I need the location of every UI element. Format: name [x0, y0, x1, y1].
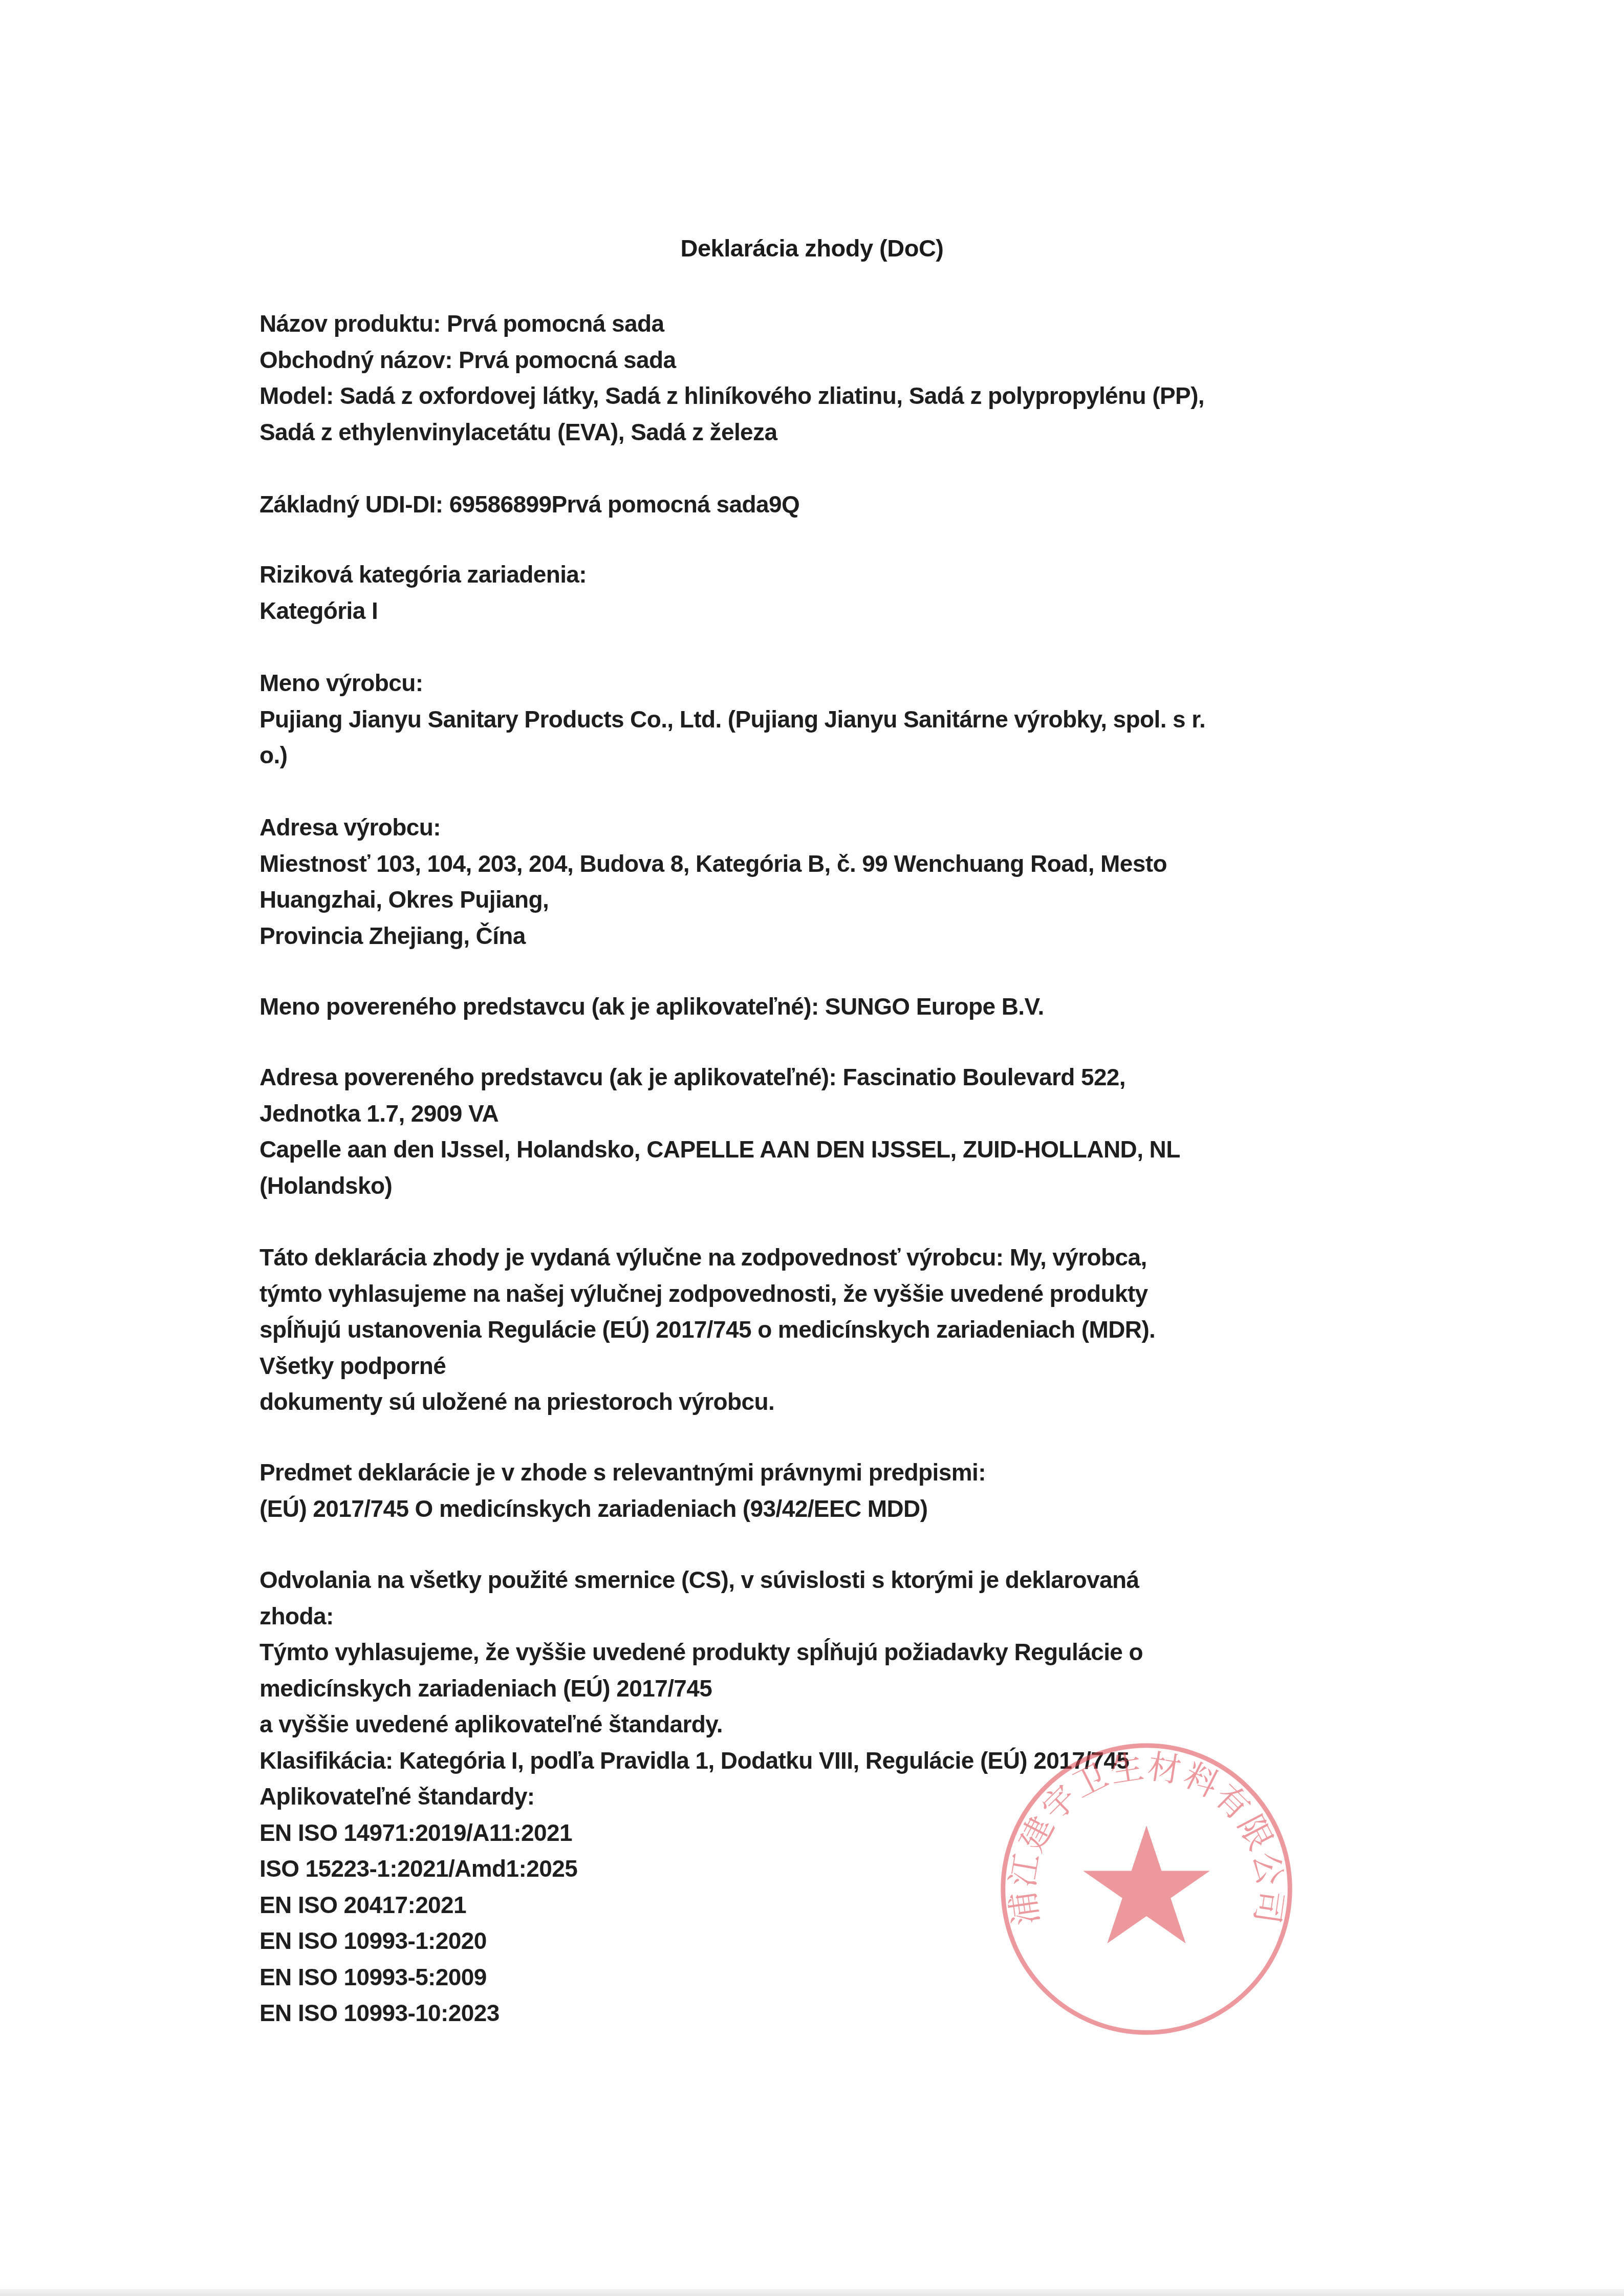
document-title: Deklarácia zhody (DoC): [0, 233, 1624, 264]
legislation-line-2: (EÚ) 2017/745 O medicínskych zariadeniac…: [259, 1491, 1385, 1527]
references-line-1: Odvolania na všetky použité smernice (CS…: [259, 1562, 1385, 1598]
scan-edge: [0, 2289, 1624, 2296]
representative-address-2: Jednotka 1.7, 2909 VA: [259, 1096, 1385, 1132]
representative-address-3: Capelle aan den IJssel, Holandsko, CAPEL…: [259, 1131, 1385, 1168]
model-line-2: Sadá z ethylenvinylacetátu (EVA), Sadá z…: [259, 414, 1385, 450]
product-name: Názov produktu: Prvá pomocná sada: [259, 306, 1385, 342]
trade-name: Obchodný názov: Prvá pomocná sada: [259, 342, 1385, 378]
product-section: Názov produktu: Prvá pomocná sada Obchod…: [259, 306, 1385, 450]
manufacturer-label: Meno výrobcu:: [259, 665, 1385, 701]
manufacturer-section: Meno výrobcu: Pujiang Jianyu Sanitary Pr…: [259, 665, 1385, 774]
risk-value: Kategória I: [259, 593, 1385, 629]
declaration-line-2: týmto vyhlasujeme na našej výlučnej zodp…: [259, 1276, 1385, 1312]
udi-section: Základný UDI-DI: 69586899Prvá pomocná sa…: [259, 486, 1385, 523]
representative-address-1: Adresa povereného predstavcu (ak je apli…: [259, 1059, 1385, 1096]
representative-address-4: (Holandsko): [259, 1168, 1385, 1204]
manufacturer-address-label: Adresa výrobcu:: [259, 809, 1385, 846]
manufacturer-address-2: Huangzhai, Okres Pujiang,: [259, 882, 1385, 918]
references-line-5: a vyššie uvedené aplikovateľné štandardy…: [259, 1706, 1385, 1743]
manufacturer-name-1: Pujiang Jianyu Sanitary Products Co., Lt…: [259, 701, 1385, 738]
declaration-line-3: spĺňujú ustanovenia Regulácie (EÚ) 2017/…: [259, 1312, 1385, 1348]
seal-icon: 浦江建宇卫生材料有限公司: [995, 1738, 1297, 2040]
manufacturer-address-1: Miestnosť 103, 104, 203, 204, Budova 8, …: [259, 846, 1385, 882]
model-line-1: Model: Sadá z oxfordovej látky, Sadá z h…: [259, 378, 1385, 414]
legislation-line-1: Predmet deklarácie je v zhode s relevant…: [259, 1454, 1385, 1491]
star-icon: [1083, 1826, 1210, 1943]
references-line-3: Týmto vyhlasujeme, že vyššie uvedené pro…: [259, 1634, 1385, 1670]
declaration-section: Táto deklarácia zhody je vydaná výlučne …: [259, 1239, 1385, 1420]
declaration-line-4: Všetky podporné: [259, 1348, 1385, 1384]
declaration-line-5: dokumenty sú uložené na priestoroch výro…: [259, 1384, 1385, 1420]
risk-label: Riziková kategória zariadenia:: [259, 556, 1385, 593]
references-line-4: medicínskych zariadeniach (EÚ) 2017/745: [259, 1670, 1385, 1707]
manufacturer-address-section: Adresa výrobcu: Miestnosť 103, 104, 203,…: [259, 809, 1385, 954]
declaration-line-1: Táto deklarácia zhody je vydaná výlučne …: [259, 1239, 1385, 1276]
document-page: Deklarácia zhody (DoC) Názov produktu: P…: [0, 0, 1624, 2296]
representative-section: Meno povereného predstavcu (ak je apliko…: [259, 989, 1385, 1025]
basic-udi-di: Základný UDI-DI: 69586899Prvá pomocná sa…: [259, 486, 1385, 523]
representative-address-section: Adresa povereného predstavcu (ak je apli…: [259, 1059, 1385, 1204]
representative-name: Meno povereného predstavcu (ak je apliko…: [259, 989, 1385, 1025]
manufacturer-name-2: o.): [259, 737, 1385, 774]
company-seal-stamp: 浦江建宇卫生材料有限公司: [995, 1738, 1297, 2040]
risk-section: Riziková kategória zariadenia: Kategória…: [259, 556, 1385, 629]
references-line-2: zhoda:: [259, 1598, 1385, 1635]
manufacturer-address-3: Provincia Zhejiang, Čína: [259, 918, 1385, 954]
legislation-section: Predmet deklarácie je v zhode s relevant…: [259, 1454, 1385, 1527]
